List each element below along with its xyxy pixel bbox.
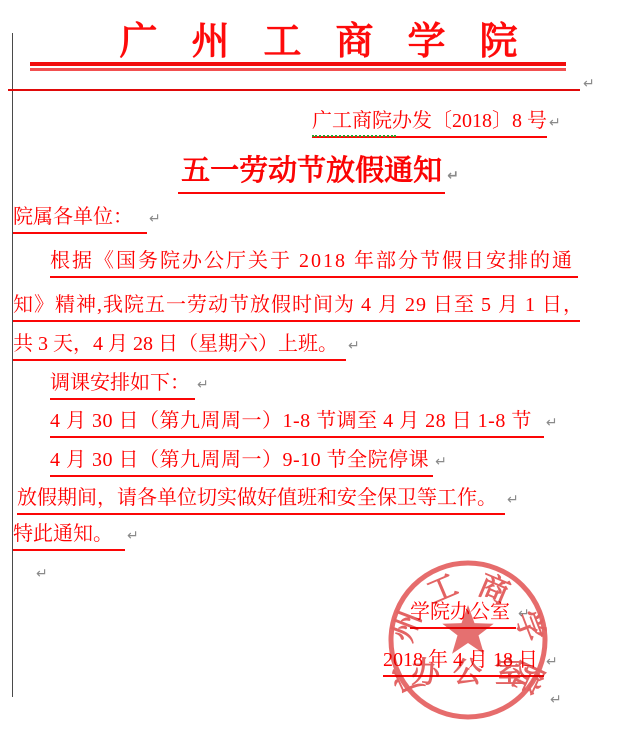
salutation-line: 院属各单位：↵	[13, 204, 161, 231]
body-line: 知》精神,我院五一劳动节放假时间为 4 月 29 日至 5 月 1 日，	[13, 292, 580, 319]
body-line: 共 3 天，4 月 28 日（星期六）上班。↵	[13, 331, 360, 358]
letterhead-school-name: 广州工商学院	[0, 10, 637, 65]
paragraph-mark: ↵	[447, 168, 459, 184]
paragraph-mark: ↵	[348, 338, 360, 354]
paragraph-mark: ↵	[36, 566, 48, 582]
closing-line: 特此通知。↵	[13, 521, 139, 548]
body-line: 4 月 30 日（第九周周一）1-8 节调至 4 月 28 日 1-8 节↵	[50, 408, 558, 435]
seal-bottom-text: 办公室	[411, 656, 537, 689]
paragraph-mark: ↵	[197, 377, 209, 393]
paragraph-mark: ↵	[127, 528, 139, 544]
body-line: 根据《国务院办公厅关于 2018 年部分节假日安排的通	[50, 248, 578, 275]
paragraph-mark: ↵	[546, 415, 558, 431]
notice-title: 五一劳动节放假通知↵	[0, 152, 637, 192]
paragraph-mark: ↵	[435, 454, 447, 470]
body-line: 4 月 30 日（第九周周一）9-10 节全院停课↵	[50, 447, 447, 474]
body-line: 放假期间，请各单位切实做好值班和安全保卫等工作。↵	[17, 485, 519, 512]
letterhead-double-rule	[30, 62, 566, 71]
official-seal: 广州工商学院办公室	[380, 552, 556, 728]
text-boundary-line	[12, 33, 13, 697]
paragraph-mark: ↵	[149, 211, 161, 227]
separator-underline	[8, 76, 580, 91]
seal-star-icon	[442, 605, 493, 654]
paragraph-mark: ↵	[507, 492, 519, 508]
paragraph-mark: ↵	[549, 115, 561, 131]
spellcheck-squiggle	[312, 134, 396, 137]
body-line: 调课安排如下：↵	[50, 370, 209, 397]
document-number: 广工商院办发〔2018〕8 号↵	[312, 108, 561, 135]
document-page: 广州工商学院 ↵ 广工商院办发〔2018〕8 号↵ 五一劳动节放假通知↵ 院属各…	[0, 0, 637, 734]
paragraph-mark: ↵	[583, 76, 595, 92]
